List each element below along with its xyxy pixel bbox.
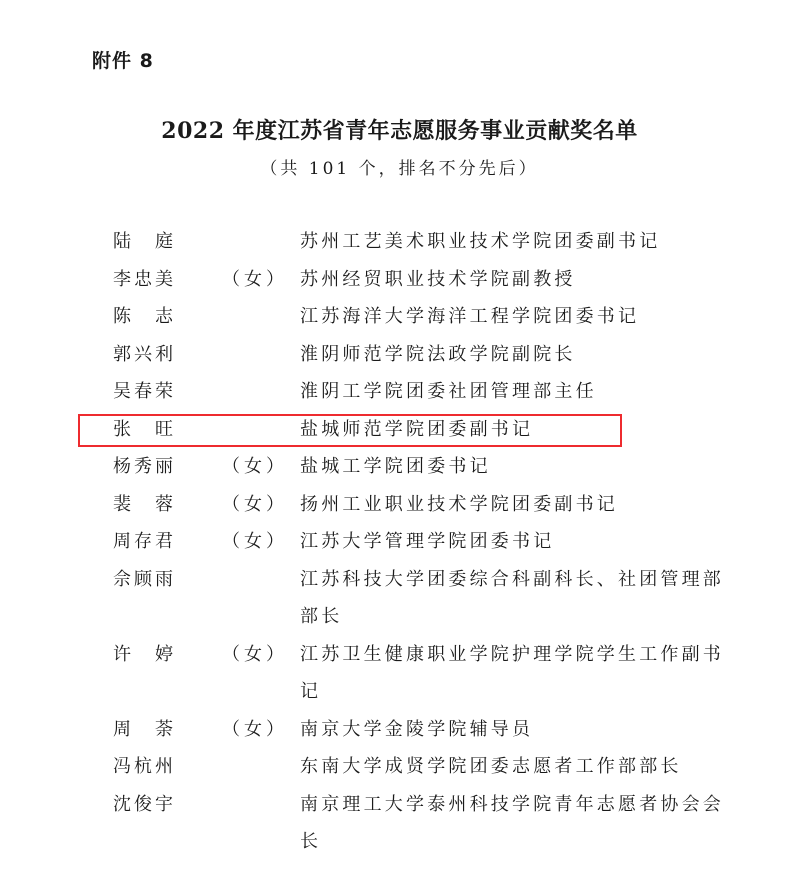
list-item: 周 荼 （女） 南京大学金陵学院辅导员 <box>0 711 799 749</box>
recipient-name: 李忠美 <box>113 261 176 299</box>
recipient-name: 许 婷 <box>113 636 176 674</box>
recipient-name: 佘顾雨 <box>113 561 176 599</box>
list-item: 陆 庭 苏州工艺美术职业技术学院团委副书记 <box>0 223 799 261</box>
list-item-highlighted: 张 旺 盐城师范学院团委副书记 <box>0 411 799 449</box>
recipient-gender: （女） <box>222 523 288 561</box>
recipient-organization: 南京大学金陵学院辅导员 <box>300 711 740 749</box>
list-item: 许 婷 （女） 江苏卫生健康职业学院护理学院学生工作副书记 <box>0 636 799 711</box>
list-item: 佘顾雨 江苏科技大学团委综合科副科长、社团管理部部长 <box>0 561 799 636</box>
recipient-gender: （女） <box>222 486 288 524</box>
list-item: 李忠美 （女） 苏州经贸职业技术学院副教授 <box>0 261 799 299</box>
recipient-organization: 扬州工业职业技术学院团委副书记 <box>300 486 740 524</box>
recipient-name: 陆 庭 <box>113 223 176 261</box>
list-item: 吴春荣 淮阴工学院团委社团管理部主任 <box>0 373 799 411</box>
recipient-name: 周存君 <box>113 523 176 561</box>
recipient-organization: 盐城师范学院团委副书记 <box>300 411 740 449</box>
recipient-organization: 江苏科技大学团委综合科副科长、社团管理部部长 <box>300 561 740 636</box>
list-item: 郭兴利 淮阴师范学院法政学院副院长 <box>0 336 799 374</box>
recipient-name: 吴春荣 <box>113 373 176 411</box>
document-subtitle: （共 101 个，排名不分先后） <box>0 154 799 179</box>
recipient-name: 沈俊宇 <box>113 786 176 824</box>
recipient-name: 冯杭州 <box>113 748 176 786</box>
recipient-organization: 苏州工艺美术职业技术学院团委副书记 <box>300 223 740 261</box>
recipient-name: 张 旺 <box>113 411 176 449</box>
award-list: 陆 庭 苏州工艺美术职业技术学院团委副书记 李忠美 （女） 苏州经贸职业技术学院… <box>0 223 799 861</box>
recipient-organization: 江苏卫生健康职业学院护理学院学生工作副书记 <box>300 636 740 711</box>
recipient-gender: （女） <box>222 636 288 674</box>
recipient-name: 周 荼 <box>113 711 176 749</box>
recipient-organization: 东南大学成贤学院团委志愿者工作部部长 <box>300 748 740 786</box>
list-item: 裴 蓉 （女） 扬州工业职业技术学院团委副书记 <box>0 486 799 524</box>
document-title: 2022 年度江苏省青年志愿服务事业贡献奖名单 <box>0 114 799 145</box>
recipient-organization: 淮阴师范学院法政学院副院长 <box>300 336 740 374</box>
recipient-organization: 淮阴工学院团委社团管理部主任 <box>300 373 740 411</box>
list-item: 沈俊宇 南京理工大学泰州科技学院青年志愿者协会会长 <box>0 786 799 861</box>
recipient-gender: （女） <box>222 261 288 299</box>
list-item: 陈 志 江苏海洋大学海洋工程学院团委书记 <box>0 298 799 336</box>
recipient-name: 郭兴利 <box>113 336 176 374</box>
recipient-gender: （女） <box>222 711 288 749</box>
recipient-organization: 苏州经贸职业技术学院副教授 <box>300 261 740 299</box>
attachment-label: 附件 8 <box>92 46 154 73</box>
recipient-organization: 盐城工学院团委书记 <box>300 448 740 486</box>
recipient-name: 杨秀丽 <box>113 448 176 486</box>
recipient-organization: 南京理工大学泰州科技学院青年志愿者协会会长 <box>300 786 740 861</box>
recipient-organization: 江苏大学管理学院团委书记 <box>300 523 740 561</box>
list-item: 杨秀丽 （女） 盐城工学院团委书记 <box>0 448 799 486</box>
recipient-name: 陈 志 <box>113 298 176 336</box>
list-item: 周存君 （女） 江苏大学管理学院团委书记 <box>0 523 799 561</box>
recipient-name: 裴 蓉 <box>113 486 176 524</box>
recipient-organization: 江苏海洋大学海洋工程学院团委书记 <box>300 298 740 336</box>
list-item: 冯杭州 东南大学成贤学院团委志愿者工作部部长 <box>0 748 799 786</box>
recipient-gender: （女） <box>222 448 288 486</box>
